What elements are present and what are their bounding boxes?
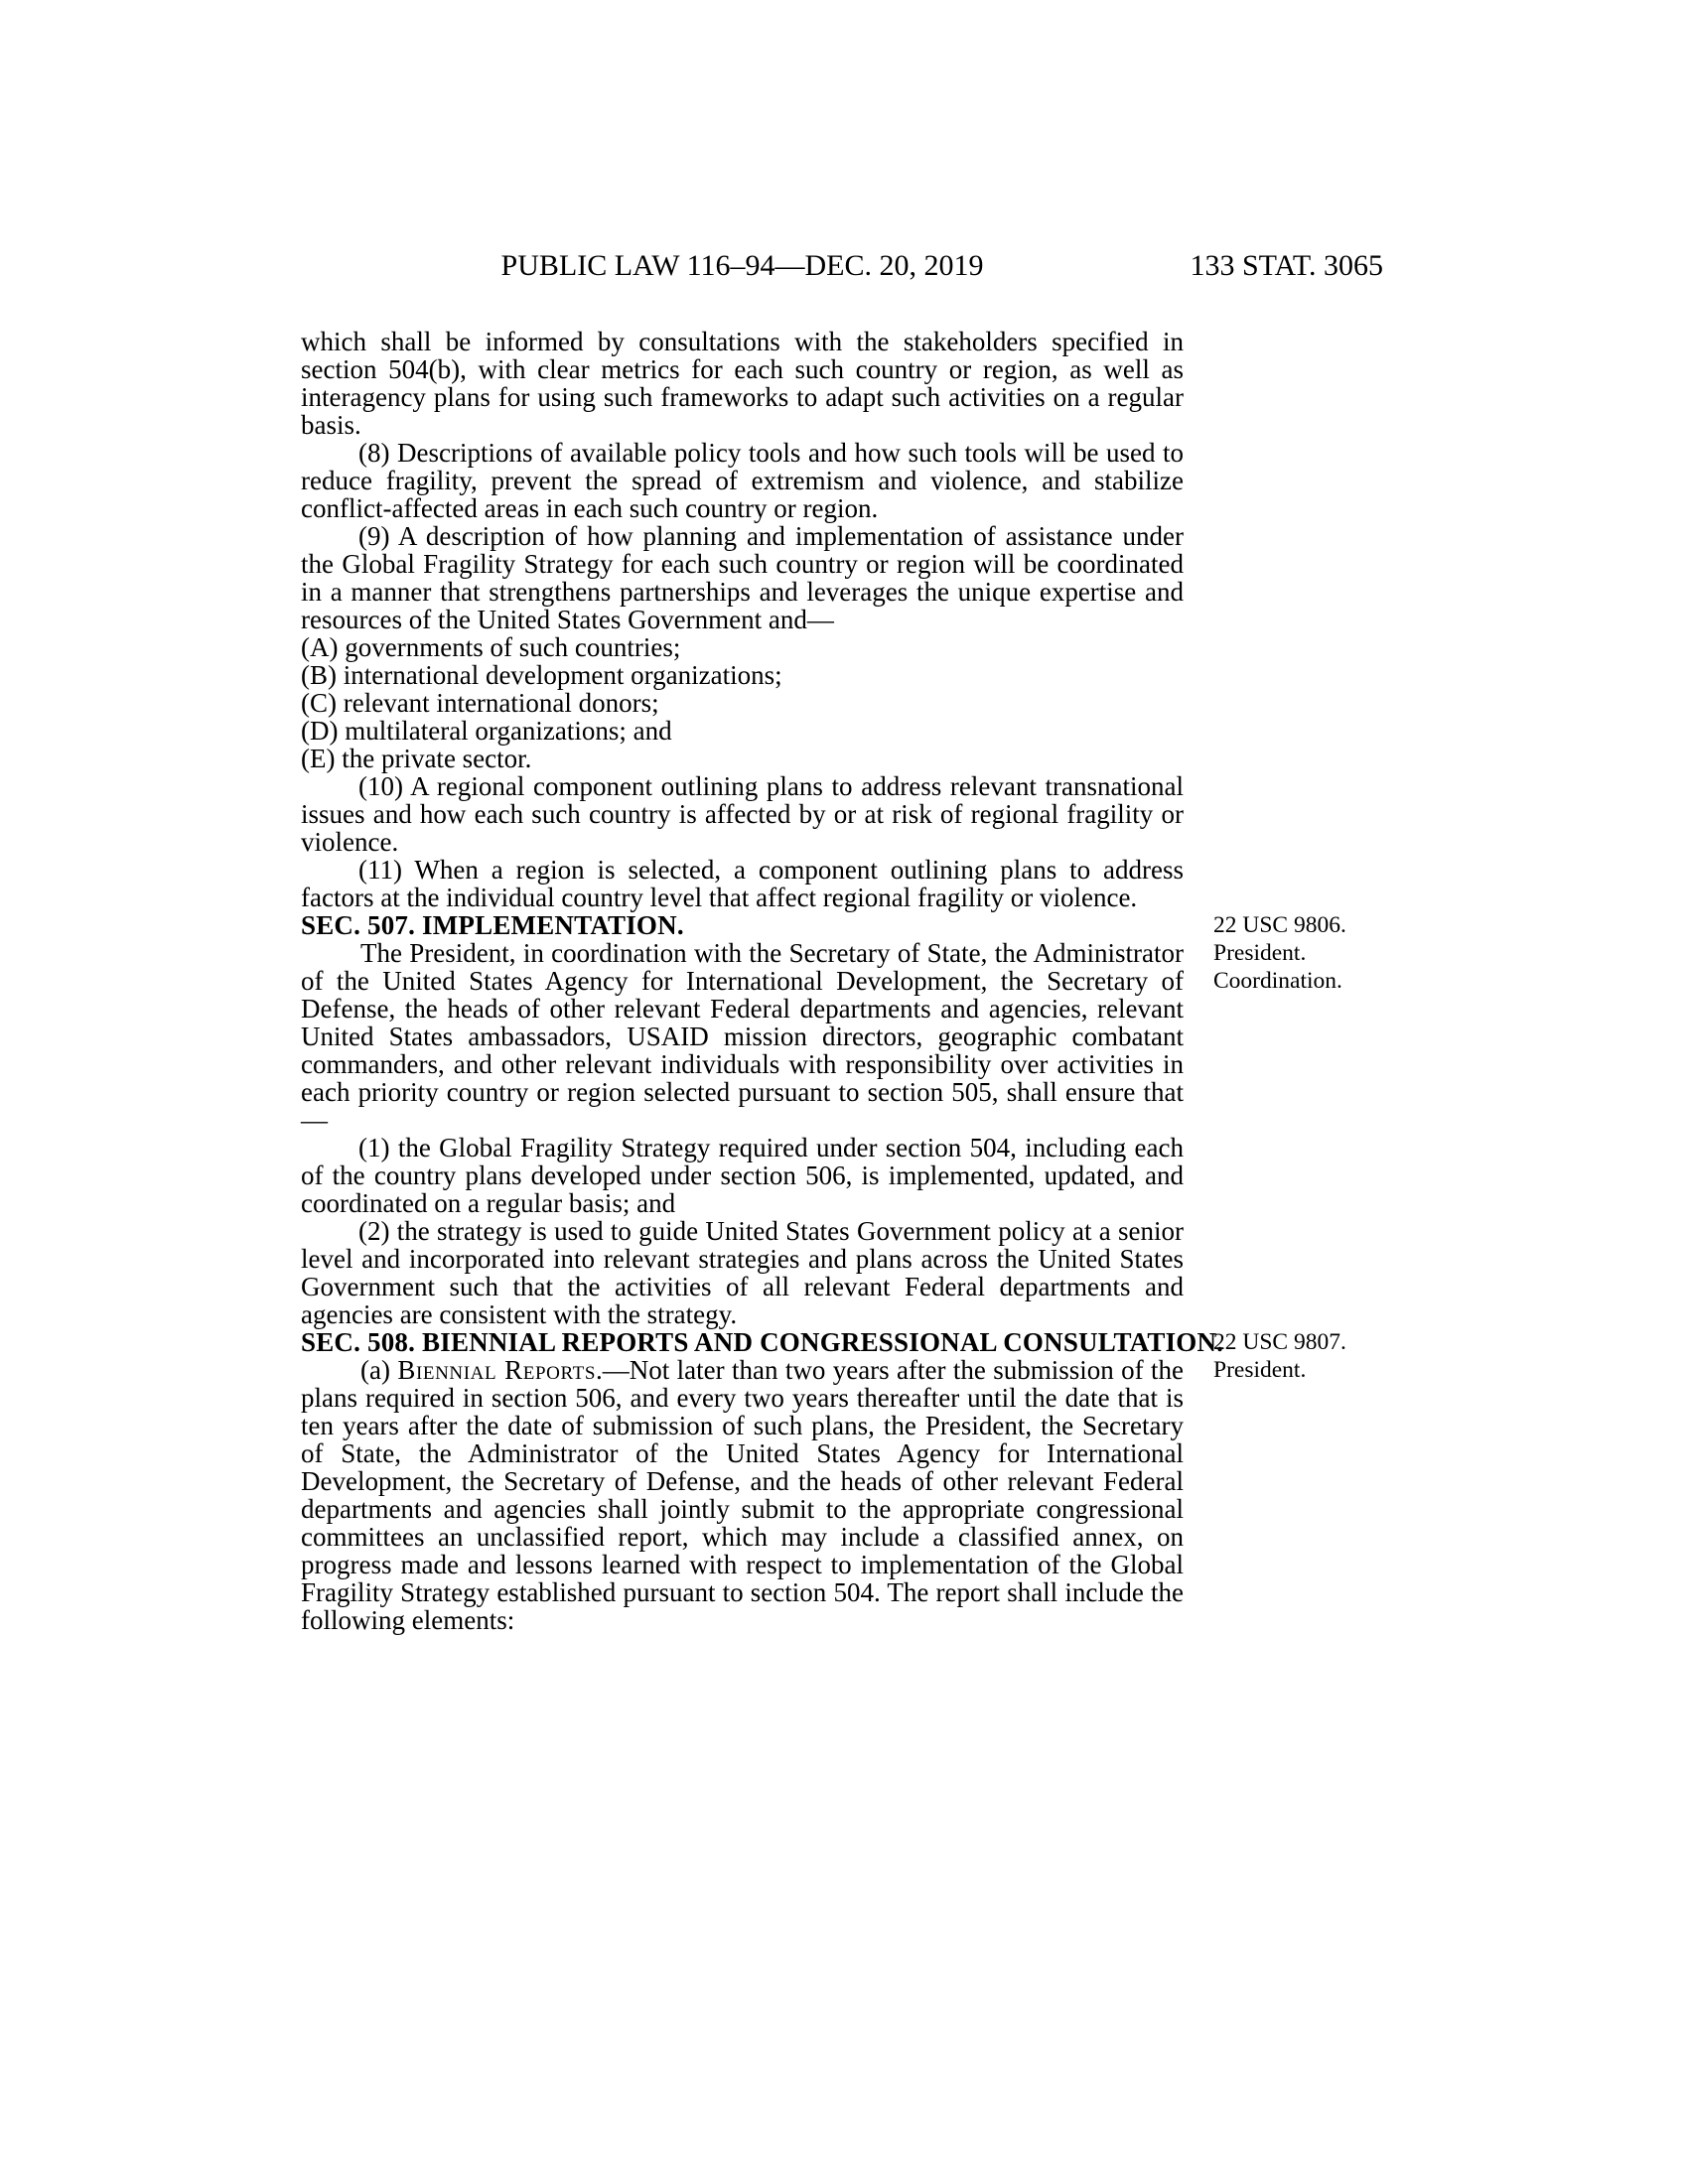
margin-note-usc-9807: 22 USC 9807. [1213,1328,1407,1356]
margin-note-usc-9806: 22 USC 9806. [1213,911,1407,939]
section-508-heading: SEC. 508. BIENNIAL REPORTS AND CONGRESSI… [301,1328,1184,1356]
paragraph-item-11: (11) When a region is selected, a compon… [301,856,1184,911]
paragraph-item-8: (8) Descriptions of available policy too… [301,439,1184,522]
paragraph-item-10: (10) A regional component outlining plan… [301,772,1184,856]
paragraph-continuation: which shall be informed by consultations… [301,328,1184,439]
subsection-a-designator: (a) [360,1355,397,1385]
subparagraph-E: (E) the private sector. [301,745,1184,772]
main-text-column: which shall be informed by consultations… [301,328,1184,1634]
statute-page: PUBLIC LAW 116–94—DEC. 20, 2019 133 STAT… [0,0,1688,2184]
section-507-item-1: (1) the Global Fragility Strategy requir… [301,1134,1184,1217]
margin-note-coordination-line: Coordination. [1213,967,1407,995]
subsection-a-smallcaps-label: Biennial Reports [397,1355,596,1385]
section-507-body: The President, in coordination with the … [301,939,1184,1134]
margin-note-president-2: President. [1213,1356,1407,1384]
running-head-stat-page: 133 STAT. 3065 [1190,249,1383,283]
margin-note-president-line: President. [1213,939,1407,967]
section-507-heading: SEC. 507. IMPLEMENTATION. [301,911,1184,939]
subsection-a-text: .—Not later than two years after the sub… [301,1355,1184,1635]
subparagraph-A: (A) governments of such countries; [301,633,1184,661]
subparagraph-D: (D) multilateral organizations; and [301,717,1184,745]
subparagraph-C: (C) relevant international donors; [301,689,1184,717]
section-508-subsection-a: (a) Biennial Reports.—Not later than two… [301,1356,1184,1634]
running-head-law-title: PUBLIC LAW 116–94—DEC. 20, 2019 [301,249,1184,283]
paragraph-item-9: (9) A description of how planning and im… [301,522,1184,633]
margin-note-president-coordination: President. Coordination. [1213,939,1407,995]
subparagraph-B: (B) international development organizati… [301,661,1184,689]
section-507-item-2: (2) the strategy is used to guide United… [301,1217,1184,1328]
